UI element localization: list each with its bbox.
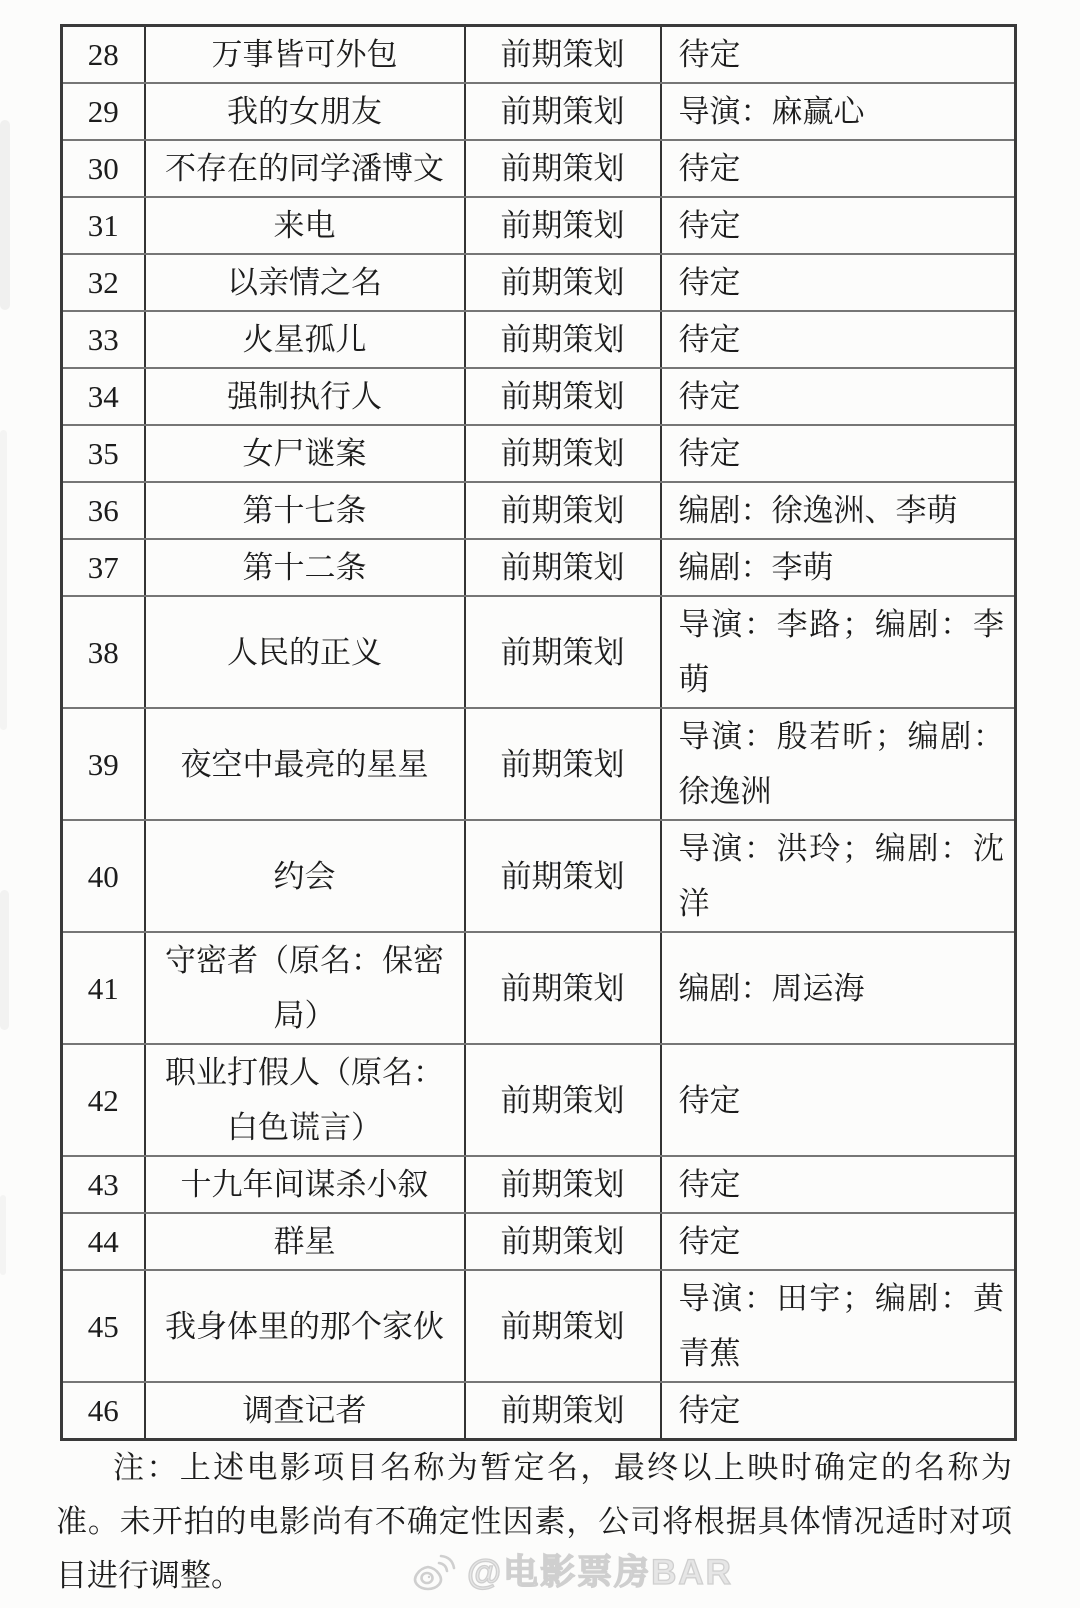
project-number: 37	[62, 539, 145, 596]
table-row: 30 不存在的同学潘博文 前期策划 待定	[62, 140, 1016, 197]
scan-smudge	[0, 120, 10, 310]
table-row: 46 调查记者 前期策划 待定	[62, 1382, 1016, 1440]
project-note: 导演：田宇；编剧：黄青蕉	[661, 1270, 1016, 1382]
project-note: 待定	[661, 425, 1016, 482]
project-title: 调查记者	[145, 1382, 465, 1440]
project-status: 前期策划	[465, 1156, 661, 1213]
project-number: 36	[62, 482, 145, 539]
project-note: 导演：殷若昕；编剧：徐逸洲	[661, 708, 1016, 820]
project-status: 前期策划	[465, 26, 661, 84]
project-status: 前期策划	[465, 1382, 661, 1440]
scan-smudge	[0, 430, 7, 730]
project-number: 32	[62, 254, 145, 311]
project-status: 前期策划	[465, 197, 661, 254]
project-number: 28	[62, 26, 145, 84]
project-title: 群星	[145, 1213, 465, 1270]
project-note: 待定	[661, 140, 1016, 197]
film-project-table: 28 万事皆可外包 前期策划 待定 29 我的女朋友 前期策划 导演：麻赢心 3…	[60, 24, 1017, 1441]
project-title: 夜空中最亮的星星	[145, 708, 465, 820]
project-status: 前期策划	[465, 708, 661, 820]
project-status: 前期策划	[465, 482, 661, 539]
project-note: 待定	[661, 1156, 1016, 1213]
table-row: 36 第十七条 前期策划 编剧：徐逸洲、李萌	[62, 482, 1016, 539]
table-row: 37 第十二条 前期策划 编剧：李萌	[62, 539, 1016, 596]
film-project-table-wrap: 28 万事皆可外包 前期策划 待定 29 我的女朋友 前期策划 导演：麻赢心 3…	[60, 24, 1014, 1441]
project-status: 前期策划	[465, 1213, 661, 1270]
project-note: 编剧：周运海	[661, 932, 1016, 1044]
table-body: 28 万事皆可外包 前期策划 待定 29 我的女朋友 前期策划 导演：麻赢心 3…	[62, 26, 1016, 1440]
scan-smudge	[0, 1195, 6, 1275]
table-row: 44 群星 前期策划 待定	[62, 1213, 1016, 1270]
project-status: 前期策划	[465, 425, 661, 482]
project-number: 33	[62, 311, 145, 368]
table-row: 35 女尸谜案 前期策划 待定	[62, 425, 1016, 482]
table-row: 29 我的女朋友 前期策划 导演：麻赢心	[62, 83, 1016, 140]
project-note: 待定	[661, 197, 1016, 254]
project-status: 前期策划	[465, 596, 661, 708]
project-status: 前期策划	[465, 83, 661, 140]
project-title: 第十二条	[145, 539, 465, 596]
project-title: 人民的正义	[145, 596, 465, 708]
project-number: 40	[62, 820, 145, 932]
table-row: 42 职业打假人（原名：白色谎言） 前期策划 待定	[62, 1044, 1016, 1156]
footnote-line: 注：上述电影项目名称为暂定名，最终以上映时确定的名称为	[56, 1441, 1012, 1495]
project-note: 待定	[661, 254, 1016, 311]
project-number: 30	[62, 140, 145, 197]
table-row: 31 来电 前期策划 待定	[62, 197, 1016, 254]
table-row: 41 守密者（原名：保密局） 前期策划 编剧：周运海	[62, 932, 1016, 1044]
table-row: 43 十九年间谋杀小叙 前期策划 待定	[62, 1156, 1016, 1213]
project-note: 待定	[661, 26, 1016, 84]
project-title: 女尸谜案	[145, 425, 465, 482]
project-title: 守密者（原名：保密局）	[145, 932, 465, 1044]
project-number: 43	[62, 1156, 145, 1213]
project-number: 29	[62, 83, 145, 140]
project-note: 导演：麻赢心	[661, 83, 1016, 140]
footnote-line: 准。未开拍的电影尚有不确定性因素，公司将根据具体情况适时对项	[56, 1495, 1012, 1549]
project-number: 35	[62, 425, 145, 482]
scan-smudge	[0, 890, 9, 1030]
project-note: 待定	[661, 1382, 1016, 1440]
table-row: 40 约会 前期策划 导演：洪玲；编剧：沈洋	[62, 820, 1016, 932]
project-status: 前期策划	[465, 1270, 661, 1382]
table-row: 45 我身体里的那个家伙 前期策划 导演：田宇；编剧：黄青蕉	[62, 1270, 1016, 1382]
project-status: 前期策划	[465, 254, 661, 311]
project-title: 火星孤儿	[145, 311, 465, 368]
table-row: 34 强制执行人 前期策划 待定	[62, 368, 1016, 425]
project-note: 待定	[661, 1044, 1016, 1156]
project-number: 34	[62, 368, 145, 425]
project-title: 约会	[145, 820, 465, 932]
project-note: 编剧：李萌	[661, 539, 1016, 596]
project-number: 39	[62, 708, 145, 820]
project-title: 我身体里的那个家伙	[145, 1270, 465, 1382]
project-title: 来电	[145, 197, 465, 254]
table-row: 38 人民的正义 前期策划 导演：李路；编剧：李萌	[62, 596, 1016, 708]
project-status: 前期策划	[465, 1044, 661, 1156]
project-status: 前期策划	[465, 932, 661, 1044]
project-note: 导演：洪玲；编剧：沈洋	[661, 820, 1016, 932]
project-status: 前期策划	[465, 539, 661, 596]
project-status: 前期策划	[465, 140, 661, 197]
project-number: 45	[62, 1270, 145, 1382]
table-row: 39 夜空中最亮的星星 前期策划 导演：殷若昕；编剧：徐逸洲	[62, 708, 1016, 820]
project-note: 待定	[661, 368, 1016, 425]
project-status: 前期策划	[465, 820, 661, 932]
project-title: 以亲情之名	[145, 254, 465, 311]
project-status: 前期策划	[465, 311, 661, 368]
project-note: 待定	[661, 1213, 1016, 1270]
project-note: 编剧：徐逸洲、李萌	[661, 482, 1016, 539]
project-title: 不存在的同学潘博文	[145, 140, 465, 197]
project-number: 38	[62, 596, 145, 708]
project-title: 万事皆可外包	[145, 26, 465, 84]
project-title: 职业打假人（原名：白色谎言）	[145, 1044, 465, 1156]
project-title: 第十七条	[145, 482, 465, 539]
project-number: 46	[62, 1382, 145, 1440]
footnote: 注：上述电影项目名称为暂定名，最终以上映时确定的名称为 准。未开拍的电影尚有不确…	[56, 1441, 1012, 1603]
project-number: 44	[62, 1213, 145, 1270]
table-row: 33 火星孤儿 前期策划 待定	[62, 311, 1016, 368]
footnote-line: 目进行调整。	[56, 1549, 1012, 1603]
project-number: 31	[62, 197, 145, 254]
project-title: 我的女朋友	[145, 83, 465, 140]
project-title: 强制执行人	[145, 368, 465, 425]
table-row: 32 以亲情之名 前期策划 待定	[62, 254, 1016, 311]
project-status: 前期策划	[465, 368, 661, 425]
project-note: 导演：李路；编剧：李萌	[661, 596, 1016, 708]
project-number: 41	[62, 932, 145, 1044]
project-note: 待定	[661, 311, 1016, 368]
table-row: 28 万事皆可外包 前期策划 待定	[62, 26, 1016, 84]
project-title: 十九年间谋杀小叙	[145, 1156, 465, 1213]
project-number: 42	[62, 1044, 145, 1156]
